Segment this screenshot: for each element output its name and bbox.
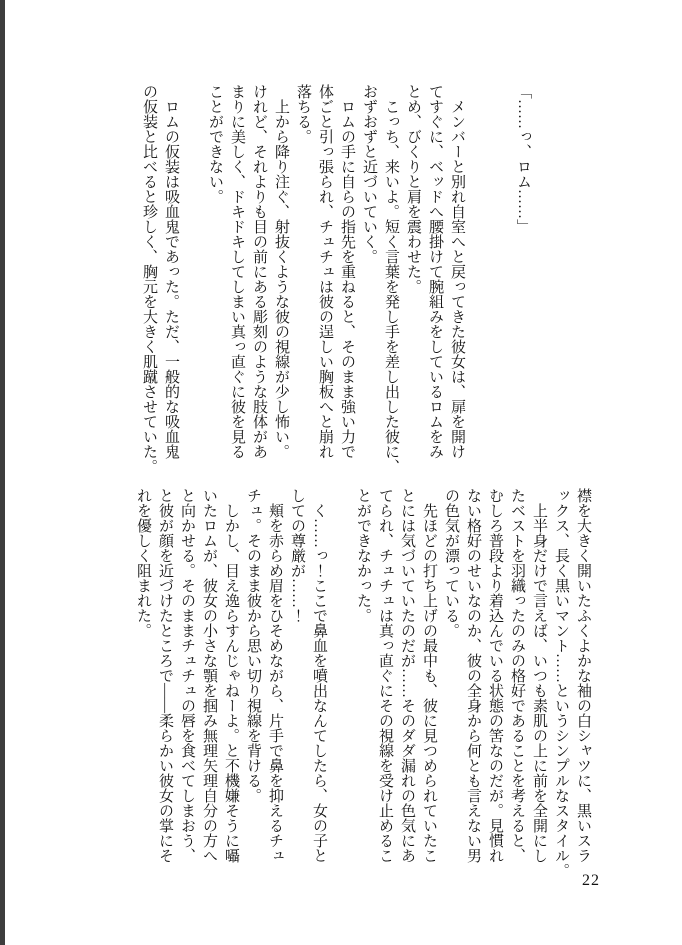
novel-page: 「……っ、ロム……」 メンバーと別れ自室へと戻ってきた彼女は、扉を開けてすぐに、… [0,0,682,945]
text-line: 先ほどの打ち上げの最中も、彼に見つめられていたこ [418,488,440,866]
text-line: 上半身だけで言えば、いつも素肌の上に前を全開にし [528,488,550,866]
text-line: とができなかった。 [352,488,374,866]
text-line: チュ。そのまま彼から思い切り視線を背ける。 [242,488,264,866]
text-line: れを優しく阻まれた。 [132,488,154,866]
text-line: 「……っ、ロム……」 [512,84,534,462]
text-line: しかし、目え逸らすんじゃねーよ。と不機嫌そうに囁 [220,488,242,866]
text-line: 頬を赤らめ眉をひそめながら、片手で鼻を抑えるチュ [264,488,286,866]
text-line: てられ、チュチュは真っ直ぐにその視線を受け止めるこ [374,488,396,866]
text-line: てすぐに、ベッドへ腰掛けて腕組みをしているロムをみ [424,84,446,462]
text-line: とには気づいていたのだが……そのダダ漏れの色気にあ [396,488,418,866]
text-line: く……っ！ここで鼻血を噴出なんてしたら、女の子と [308,488,330,866]
text-line [182,84,204,462]
text-block-top: 「……っ、ロム……」 メンバーと別れ自室へと戻ってきた彼女は、扉を開けてすぐに、… [138,84,534,462]
text-line: ックス、長く黒いマント……というシンプルなスタイル。 [550,488,572,866]
text-line: ロムの手に自らの指先を重ねると、そのまま強い力で [336,84,358,462]
text-line: ロムの仮装は吸血鬼であった。ただ、一般的な吸血鬼 [160,84,182,462]
text-block-bottom: 襟を大きく開いたふくよかな袖の白シャツに、黒いスラックス、長く黒いマント……とい… [132,488,594,866]
text-line: けれど、それよりも目の前にある彫刻のような肢体があ [248,84,270,462]
text-line [490,84,512,462]
text-line: いたロムが、彼女の小さな顎を掴み無理矢理自分の方へ [198,488,220,866]
text-line [330,488,352,866]
text-line: 体ごと引っ張られ、チュチュは彼の逞しい胸板へと崩れ [314,84,336,462]
text-line: しての尊厳が……！ [286,488,308,866]
text-line: まりに美しく、ドキドキしてしまい真っ直ぐに彼を見る [226,84,248,462]
text-line: 上から降り注ぐ、射抜くような彼の視線が少し怖い。 [270,84,292,462]
text-line: 襟を大きく開いたふくよかな袖の白シャツに、黒いスラ [572,488,594,866]
text-line: と向かせる。そのままチュチュの唇を食べてしまおう、 [176,488,198,866]
page-left-edge [0,0,5,945]
page-number: 22 [582,872,600,890]
text-line: ことができない。 [204,84,226,462]
text-line: の色気が漂っている。 [440,488,462,866]
text-line: 落ちる。 [292,84,314,462]
text-line: の仮装と比べると珍しく、胸元を大きく肌蹴させていた。 [138,84,160,462]
text-line: とめ、びくりと肩を震わせた。 [402,84,424,462]
text-line: こっち、来いよ。短く言葉を発し手を差し出した彼に、 [380,84,402,462]
text-line: むしろ普段より着込んでいる状態の筈なのだが。見慣れ [484,488,506,866]
text-line: ない格好のせいなのか、彼の全身から何とも言えない男 [462,488,484,866]
text-line: おずおずと近づいていく。 [358,84,380,462]
text-line [468,84,490,462]
text-line: と彼が顔を近づけたところで――柔らかい彼女の掌にそ [154,488,176,866]
text-line: たベストを羽織ったのみの格好であることを考えると、 [506,488,528,866]
text-line: メンバーと別れ自室へと戻ってきた彼女は、扉を開け [446,84,468,462]
